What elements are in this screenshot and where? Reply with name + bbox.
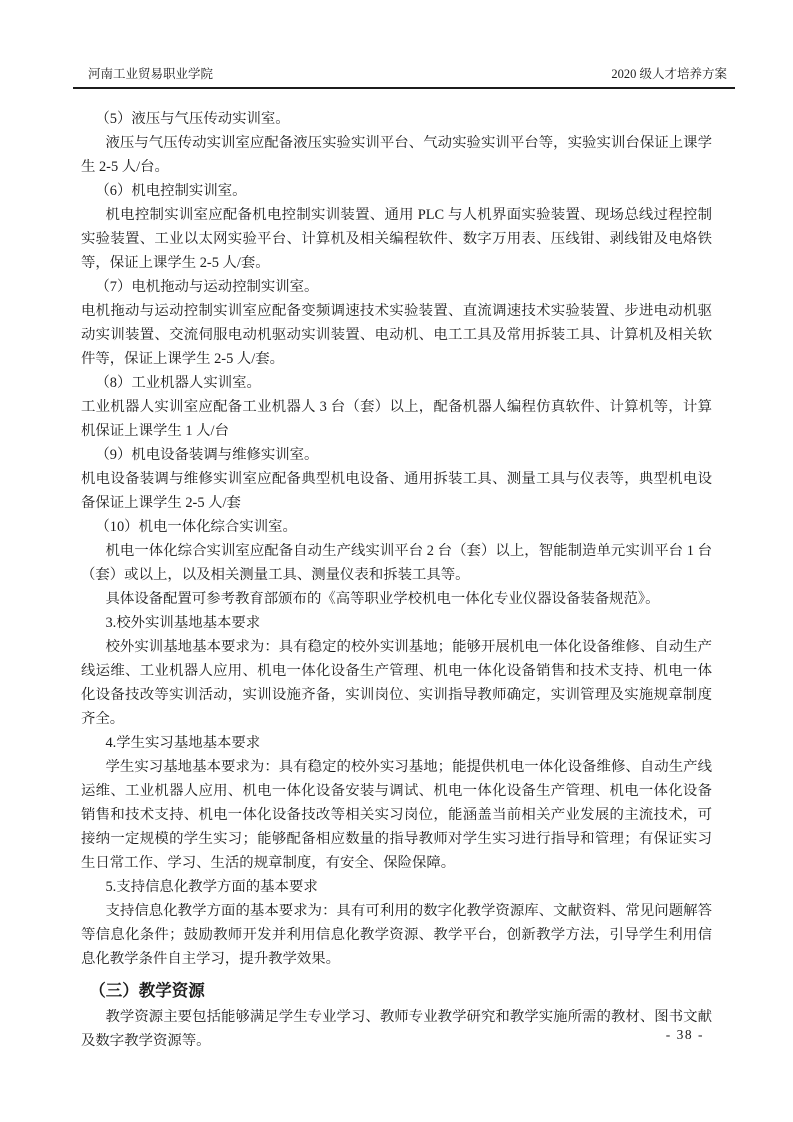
body-paragraph: 校外实训基地基本要求为：具有稳定的校外实训基地；能够开展机电一体化设备维修、自动… [81, 635, 712, 731]
body-paragraph: 具体设备配置可参考教育部颁布的《高等职业学校机电一体化专业仪器设备装备规范》。 [81, 587, 712, 611]
room-item-heading: （6）机电控制实训室。 [81, 179, 712, 203]
document-body: （5）液压与气压传动实训室。液压与气压传动实训室应配备液压实验实训平台、气动实验… [81, 107, 712, 1053]
room-item-heading: （10）机电一体化综合实训室。 [81, 515, 712, 539]
header-doc-title: 2020 级人才培养方案 [611, 66, 735, 82]
room-item-heading: （9）机电设备装调与维修实训室。 [81, 443, 712, 467]
body-paragraph: 电机拖动与运动控制实训室应配备变频调速技术实验装置、直流调速技术实验装置、步进电… [81, 299, 712, 371]
body-paragraph: 机电设备装调与维修实训室应配备典型机电设备、通用拆装工具、测量工具与仪表等，典型… [81, 467, 712, 515]
body-paragraph: 支持信息化教学方面的基本要求为：具有可利用的数字化教学资源库、文献资料、常见问题… [81, 899, 712, 971]
body-paragraph: 学生实习基地基本要求为：具有稳定的校外实习基地；能提供机电一体化设备维修、自动生… [81, 755, 712, 875]
body-paragraph: 5.支持信息化教学方面的基本要求 [81, 875, 712, 899]
page-header: 河南工业贸易职业学院 2020 级人才培养方案 [73, 66, 735, 89]
body-paragraph: 3.校外实训基地基本要求 [81, 611, 712, 635]
body-paragraph: 工业机器人实训室应配备工业机器人 3 台（套）以上，配备机器人编程仿真软件、计算… [81, 395, 712, 443]
body-paragraph: 机电控制实训室应配备机电控制实训装置、通用 PLC 与人机界面实验装置、现场总线… [81, 203, 712, 275]
body-paragraph: 教学资源主要包括能够满足学生专业学习、教师专业教学研究和教学实施所需的教材、图书… [81, 1005, 712, 1053]
room-item-heading: （5）液压与气压传动实训室。 [81, 107, 712, 131]
body-paragraph: 4.学生实习基地基本要求 [81, 731, 712, 755]
body-paragraph: 机电一体化综合实训室应配备自动生产线实训平台 2 台（套）以上，智能制造单元实训… [81, 539, 712, 587]
section-heading: （三）教学资源 [81, 978, 712, 1004]
body-paragraph: 液压与气压传动实训室应配备液压实验实训平台、气动实验实训平台等，实验实训台保证上… [81, 131, 712, 179]
page-number: - 38 - [666, 1027, 704, 1043]
header-school-name: 河南工业贸易职业学院 [73, 66, 213, 82]
room-item-heading: （8）工业机器人实训室。 [81, 371, 712, 395]
room-item-heading: （7）电机拖动与运动控制实训室。 [81, 275, 712, 299]
document-page: 河南工业贸易职业学院 2020 级人才培养方案 （5）液压与气压传动实训室。液压… [0, 0, 793, 1122]
